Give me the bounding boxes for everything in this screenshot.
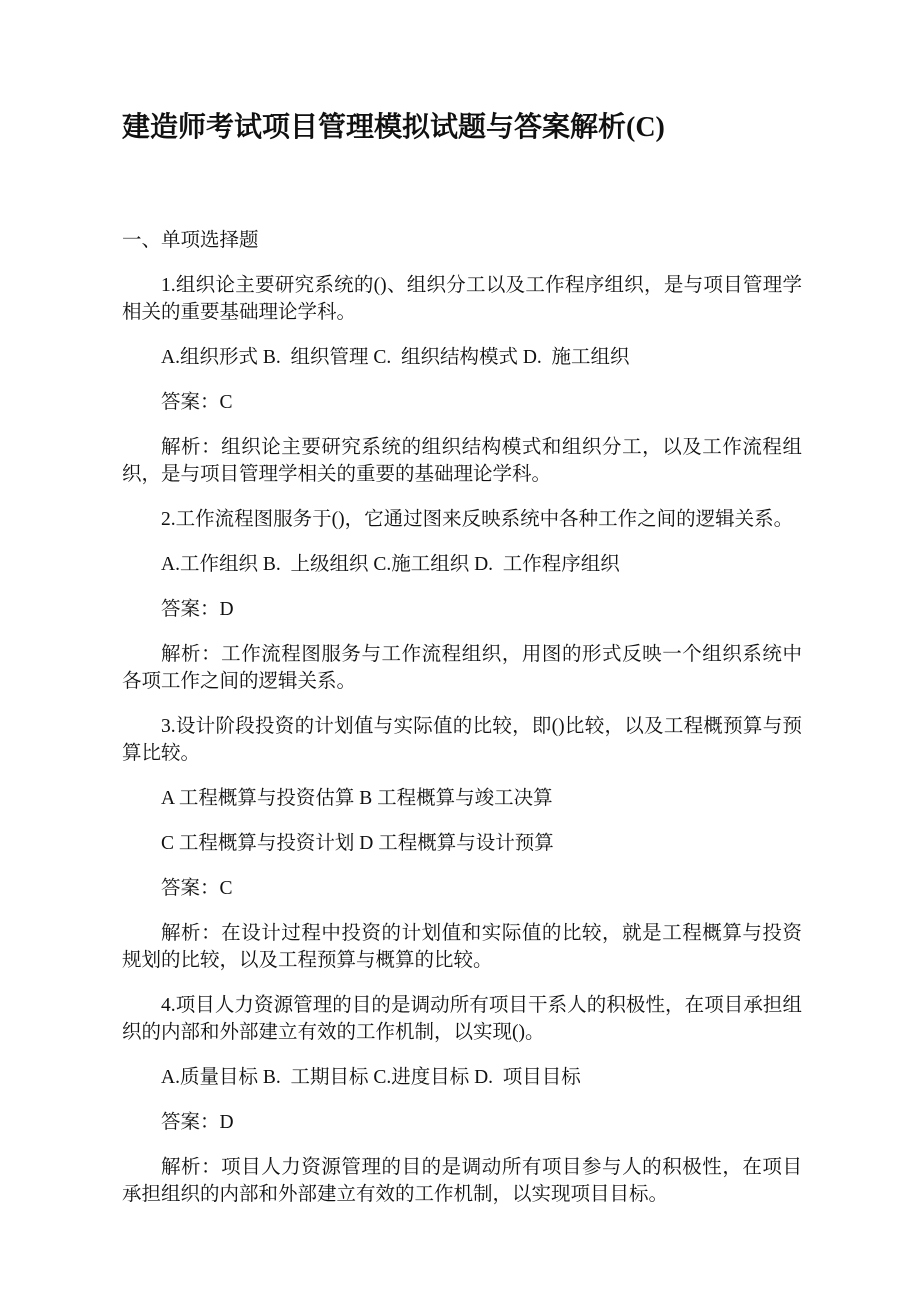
- question-text: 4.项目人力资源管理的目的是调动所有项目干系人的积极性，在项目承担组织的内部和外…: [122, 992, 802, 1046]
- question-block-3: 3.设计阶段投资的计划值与实际值的比较，即()比较，以及工程概预算与预算比较。 …: [122, 713, 802, 974]
- question-block-1: 1.组织论主要研究系统的()、组织分工以及工作程序组织，是与项目管理学相关的重要…: [122, 272, 802, 488]
- section-heading: 一、单项选择题: [122, 227, 802, 254]
- question-text: 2.工作流程图服务于()，它通过图来反映系统中各种工作之间的逻辑关系。: [122, 506, 802, 533]
- answer-line: 答案：D: [122, 1109, 802, 1136]
- question-text: 1.组织论主要研究系统的()、组织分工以及工作程序组织，是与项目管理学相关的重要…: [122, 272, 802, 326]
- options-line: A.质量目标 B. 工期目标 C.进度目标 D. 项目目标: [122, 1064, 802, 1091]
- analysis-text: 解析：组织论主要研究系统的组织结构模式和组织分工，以及工作流程组织，是与项目管理…: [122, 434, 802, 488]
- analysis-text: 解析：在设计过程中投资的计划值和实际值的比较，就是工程概算与投资规划的比较，以及…: [122, 920, 802, 974]
- analysis-text: 解析：项目人力资源管理的目的是调动所有项目参与人的积极性，在项目承担组织的内部和…: [122, 1154, 802, 1208]
- analysis-text: 解析：工作流程图服务与工作流程组织，用图的形式反映一个组织系统中各项工作之间的逻…: [122, 641, 802, 695]
- document-page: 建造师考试项目管理模拟试题与答案解析(C) 一、单项选择题 1.组织论主要研究系…: [0, 0, 920, 1302]
- options-line: A.工作组织 B. 上级组织 C.施工组织 D. 工作程序组织: [122, 551, 802, 578]
- question-text: 3.设计阶段投资的计划值与实际值的比较，即()比较，以及工程概预算与预算比较。: [122, 713, 802, 767]
- document-title: 建造师考试项目管理模拟试题与答案解析(C): [122, 106, 802, 150]
- question-block-2: 2.工作流程图服务于()，它通过图来反映系统中各种工作之间的逻辑关系。 A.工作…: [122, 506, 802, 695]
- options-line: A 工程概算与投资估算 B 工程概算与竣工决算: [122, 785, 802, 812]
- answer-line: 答案：C: [122, 875, 802, 902]
- options-line: C 工程概算与投资计划 D 工程概算与设计预算: [122, 830, 802, 857]
- answer-line: 答案：D: [122, 596, 802, 623]
- options-line: A.组织形式 B. 组织管理 C. 组织结构模式 D. 施工组织: [122, 344, 802, 371]
- question-block-4: 4.项目人力资源管理的目的是调动所有项目干系人的积极性，在项目承担组织的内部和外…: [122, 992, 802, 1208]
- answer-line: 答案：C: [122, 389, 802, 416]
